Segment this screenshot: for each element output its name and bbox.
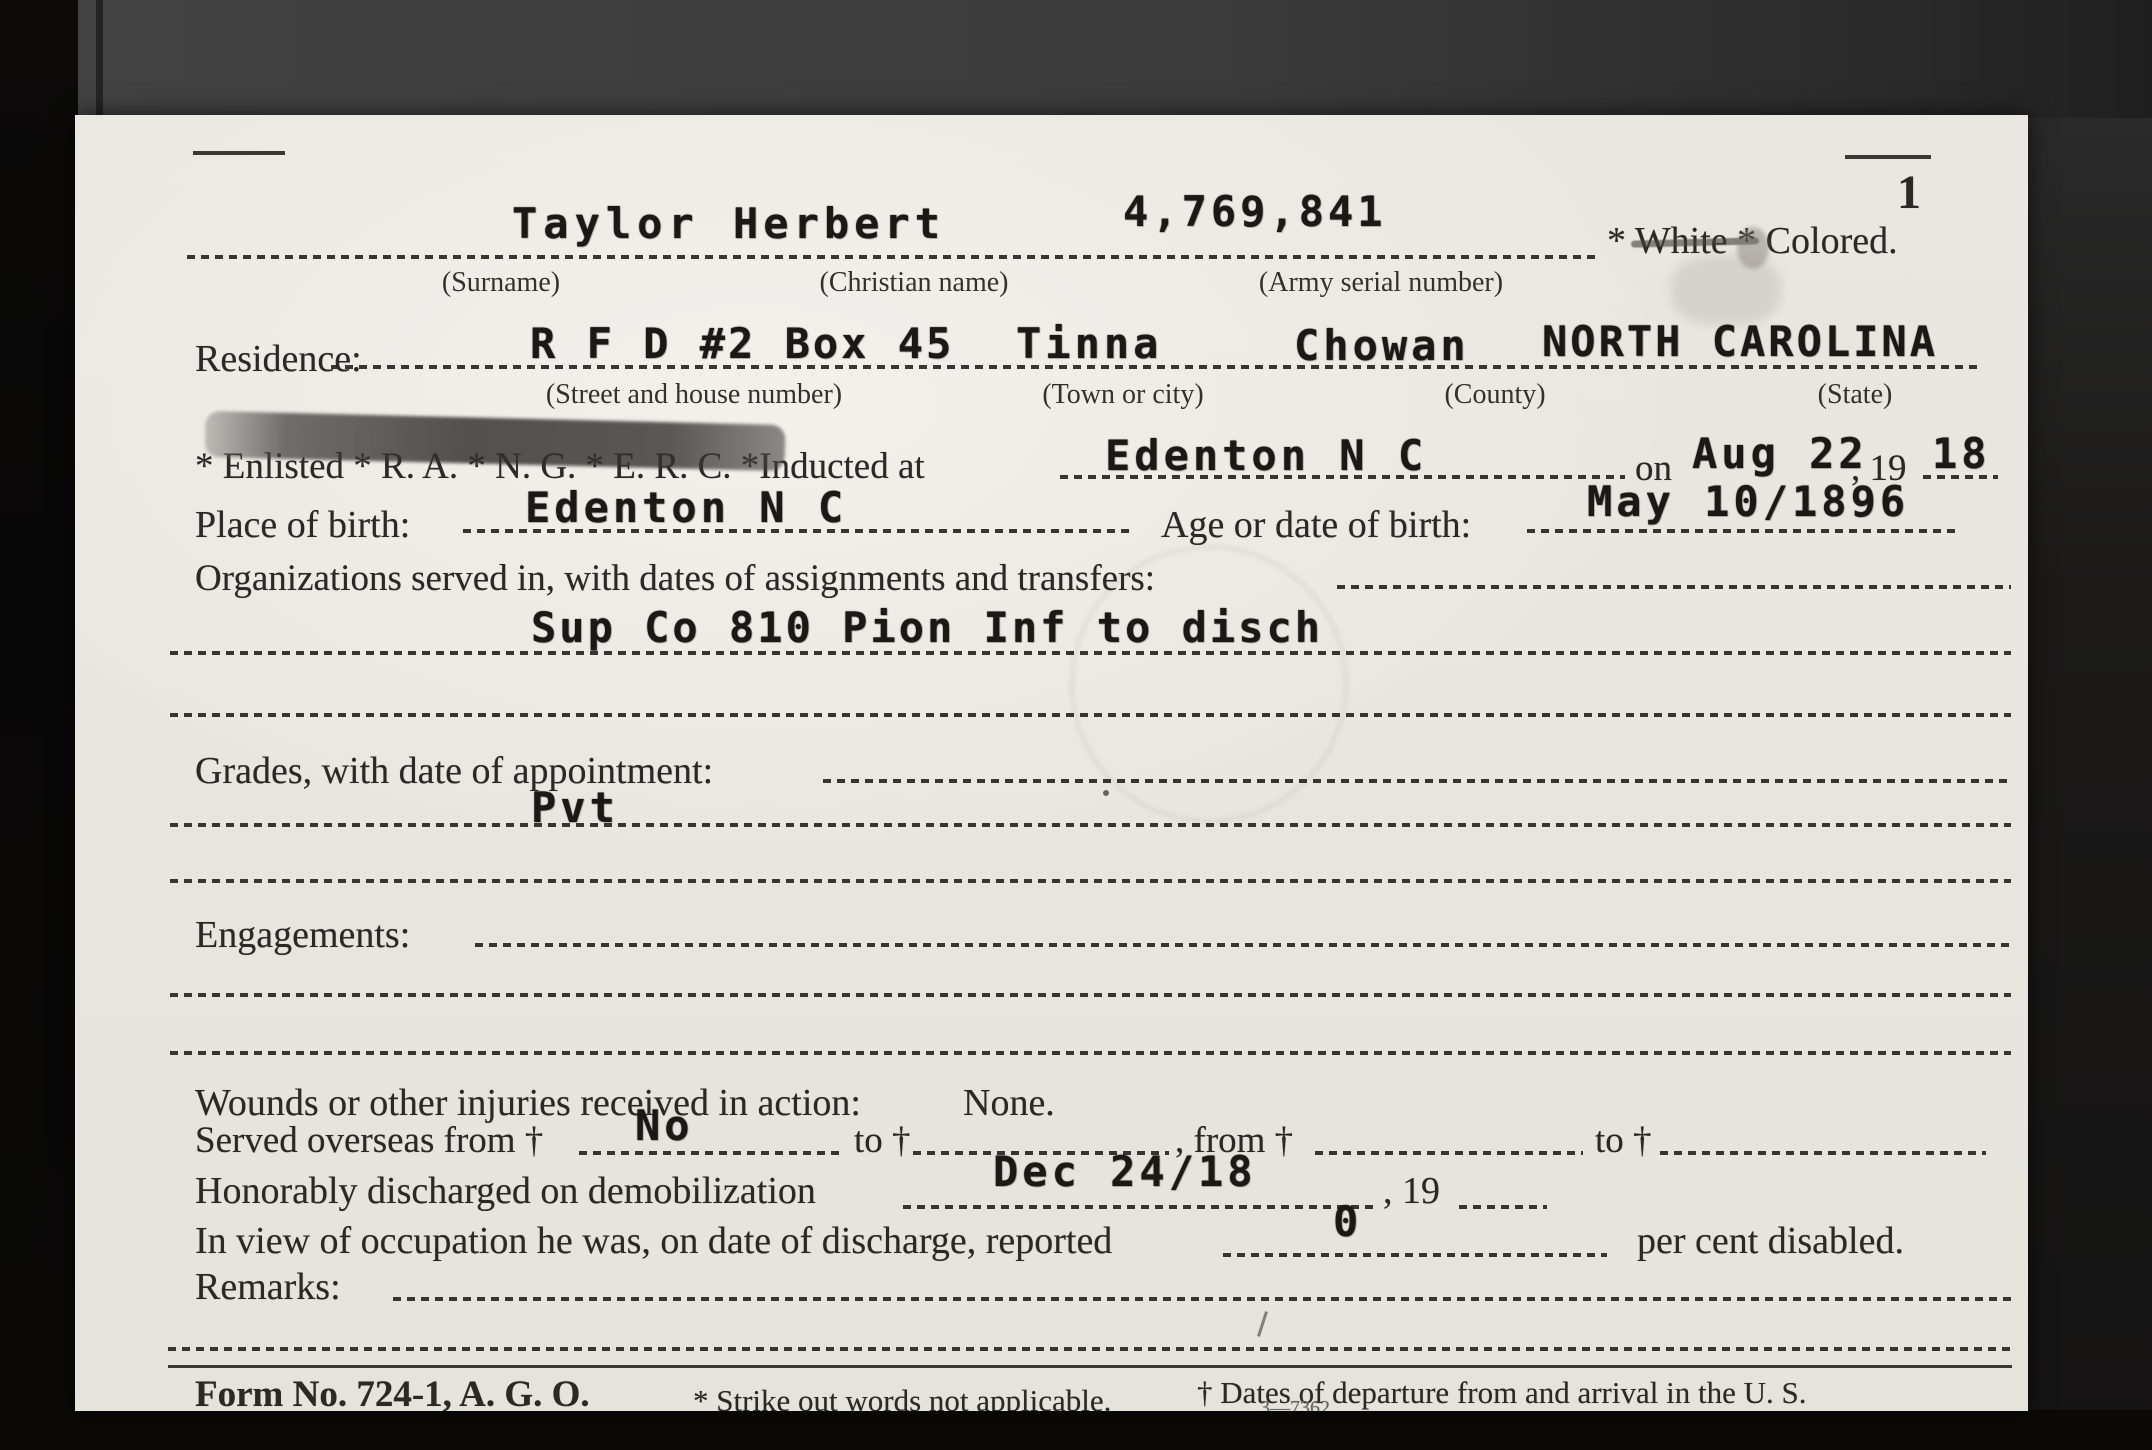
discharge-label: Honorably discharged on demobilization [195, 1169, 816, 1213]
age-dotted-rule [1527, 529, 1955, 533]
overseas-to2-label: to † [1595, 1119, 1652, 1162]
overseas-dotted-rule [1660, 1151, 1986, 1155]
age-value: May 10/1896 [1587, 477, 1909, 526]
dotted-rule [170, 651, 2011, 655]
town-caption: (Town or city) [1042, 379, 1203, 411]
organizations-entry: Sup Co 810 Pion Inf to disch [531, 603, 1323, 652]
organizations-label: Organizations served in, with dates of a… [195, 557, 1155, 600]
residence-dotted-rule [331, 365, 1977, 369]
scan-background-left [0, 0, 78, 1450]
inducted-place-value: Edenton N C [1105, 431, 1427, 480]
state-value: NORTH CAROLINA [1542, 317, 1938, 366]
grades-label: Grades, with date of appointment: [195, 749, 713, 793]
ink-speck [1103, 790, 1109, 796]
residence-label: Residence: [195, 337, 362, 381]
discharge-dotted-rule [903, 1205, 1373, 1209]
remarks-dotted-rule [393, 1297, 2011, 1301]
print-code: 3—7362 [1260, 1397, 1330, 1411]
surname-caption: (Surname) [442, 267, 560, 299]
county-value: Chowan [1294, 321, 1470, 370]
corner-dash [193, 151, 285, 155]
page-number: 1 [1897, 165, 1921, 220]
bottom-solid-rule [168, 1365, 2012, 1368]
county-caption: (County) [1444, 379, 1545, 411]
dotted-rule [170, 823, 2011, 827]
age-label: Age or date of birth: [1161, 503, 1471, 547]
overseas-from-value: No [635, 1101, 694, 1150]
form-date: Nov. 22, 1919. [333, 1409, 516, 1411]
birthplace-label: Place of birth: [195, 503, 410, 547]
stray-pen-mark [1257, 1311, 1268, 1337]
enlistment-year-value: 18 [1932, 429, 1991, 478]
enlistment-date-value: Aug 22 [1692, 429, 1868, 478]
name-dotted-rule [187, 255, 1595, 259]
street-value: R F D #2 Box 45 [530, 319, 954, 368]
service-record-card: 1 Taylor Herbert 4,769,841 * White * Col… [75, 115, 2028, 1411]
discharge-date-value: Dec 24/18 [993, 1147, 1257, 1196]
overseas-dotted-rule [1315, 1151, 1583, 1155]
scan-background-seam [96, 0, 103, 118]
dotted-rule [170, 879, 2011, 883]
disability-value: 0 [1333, 1197, 1362, 1246]
town-value: Tinna [1016, 319, 1162, 368]
christian-name-value: Herbert [733, 199, 945, 248]
birthplace-dotted-rule [463, 529, 1135, 533]
bottom-dotted-rule [168, 1347, 2012, 1351]
serial-number-value: 4,769,841 [1123, 187, 1387, 236]
page-number-rule [1845, 155, 1931, 159]
dotted-rule [170, 993, 2011, 997]
scanned-document-page: 1 Taylor Herbert 4,769,841 * White * Col… [0, 0, 2152, 1450]
discharge-year-dotted-rule [1459, 1205, 1547, 1209]
organizations-dotted-rule [1337, 585, 2011, 589]
christian-name-caption: (Christian name) [820, 267, 1009, 299]
overseas-dotted-rule [579, 1151, 839, 1155]
overseas-from-label: Served overseas from † [195, 1119, 543, 1162]
serial-number-caption: (Army serial number) [1259, 267, 1503, 299]
disability-suffix: per cent disabled. [1637, 1219, 1904, 1263]
scan-background-bottom [0, 1410, 2152, 1450]
year-dotted-rule [1923, 475, 1998, 479]
discharge-year-label: , 19 [1383, 1169, 1440, 1213]
grades-dotted-rule [823, 779, 2011, 783]
faint-stamp-ghost [1671, 255, 1781, 325]
scan-background-top [78, 0, 2152, 118]
wounds-value: None. [963, 1081, 1055, 1125]
form-number: Form No. 724-1, A. G. O. [195, 1373, 590, 1411]
footnote-strike-out: * Strike out words not applicable. [693, 1383, 1111, 1411]
dotted-rule [170, 1051, 2011, 1055]
surname-value: Taylor [512, 199, 700, 248]
overseas-to-label: to † [854, 1119, 911, 1162]
engagements-dotted-rule [475, 943, 2011, 947]
disability-label: In view of occupation he was, on date of… [195, 1219, 1112, 1263]
dotted-rule [170, 713, 2011, 717]
scan-background-right [2028, 118, 2152, 1450]
street-caption: (Street and house number) [546, 379, 842, 411]
remarks-label: Remarks: [195, 1265, 341, 1309]
disability-dotted-rule [1223, 1253, 1607, 1257]
engagements-label: Engagements: [195, 913, 410, 957]
birthplace-value: Edenton N C [525, 483, 847, 532]
state-caption: (State) [1818, 379, 1893, 411]
